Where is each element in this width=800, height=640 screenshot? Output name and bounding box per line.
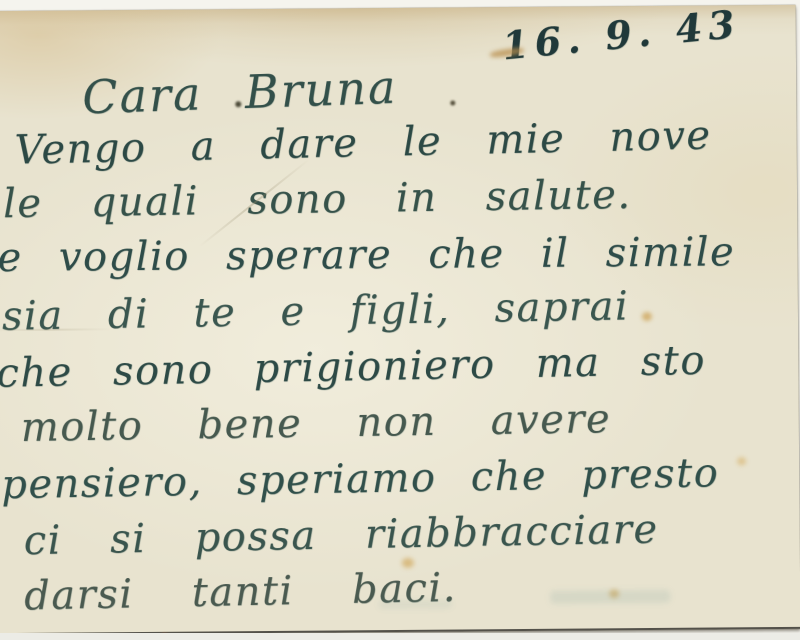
ink-speck [450, 101, 455, 106]
show-through-mark [550, 590, 670, 604]
letter-line: pensiero, speriamo che presto [1, 450, 720, 508]
letter-line: ci si possa riabbracciare [23, 507, 659, 565]
letter-line: darsi tanti baci. [24, 565, 458, 620]
letter-paper: 16. 9. 43 Cara Bruna Vengo a dare le mie… [0, 5, 800, 635]
letter-date: 16. 9. 43 [500, 1, 742, 69]
paper-stain [737, 457, 746, 465]
letter-line: sia di te e figli, saprai [2, 283, 630, 339]
letter-line: e voglio sperare che il simile [0, 229, 735, 281]
letter-salutation: Cara Bruna [81, 60, 398, 125]
letter-line: le quali sono in salute. [3, 172, 632, 227]
paper-stain [609, 589, 619, 598]
scanned-letter: 16. 9. 43 Cara Bruna Vengo a dare le mie… [0, 0, 800, 640]
letter-line: molto bene non avere [21, 396, 612, 451]
letter-line: che sono prigioniero ma sto [0, 338, 706, 397]
paper-stain [642, 312, 652, 321]
scanner-bed-edge [0, 633, 800, 640]
